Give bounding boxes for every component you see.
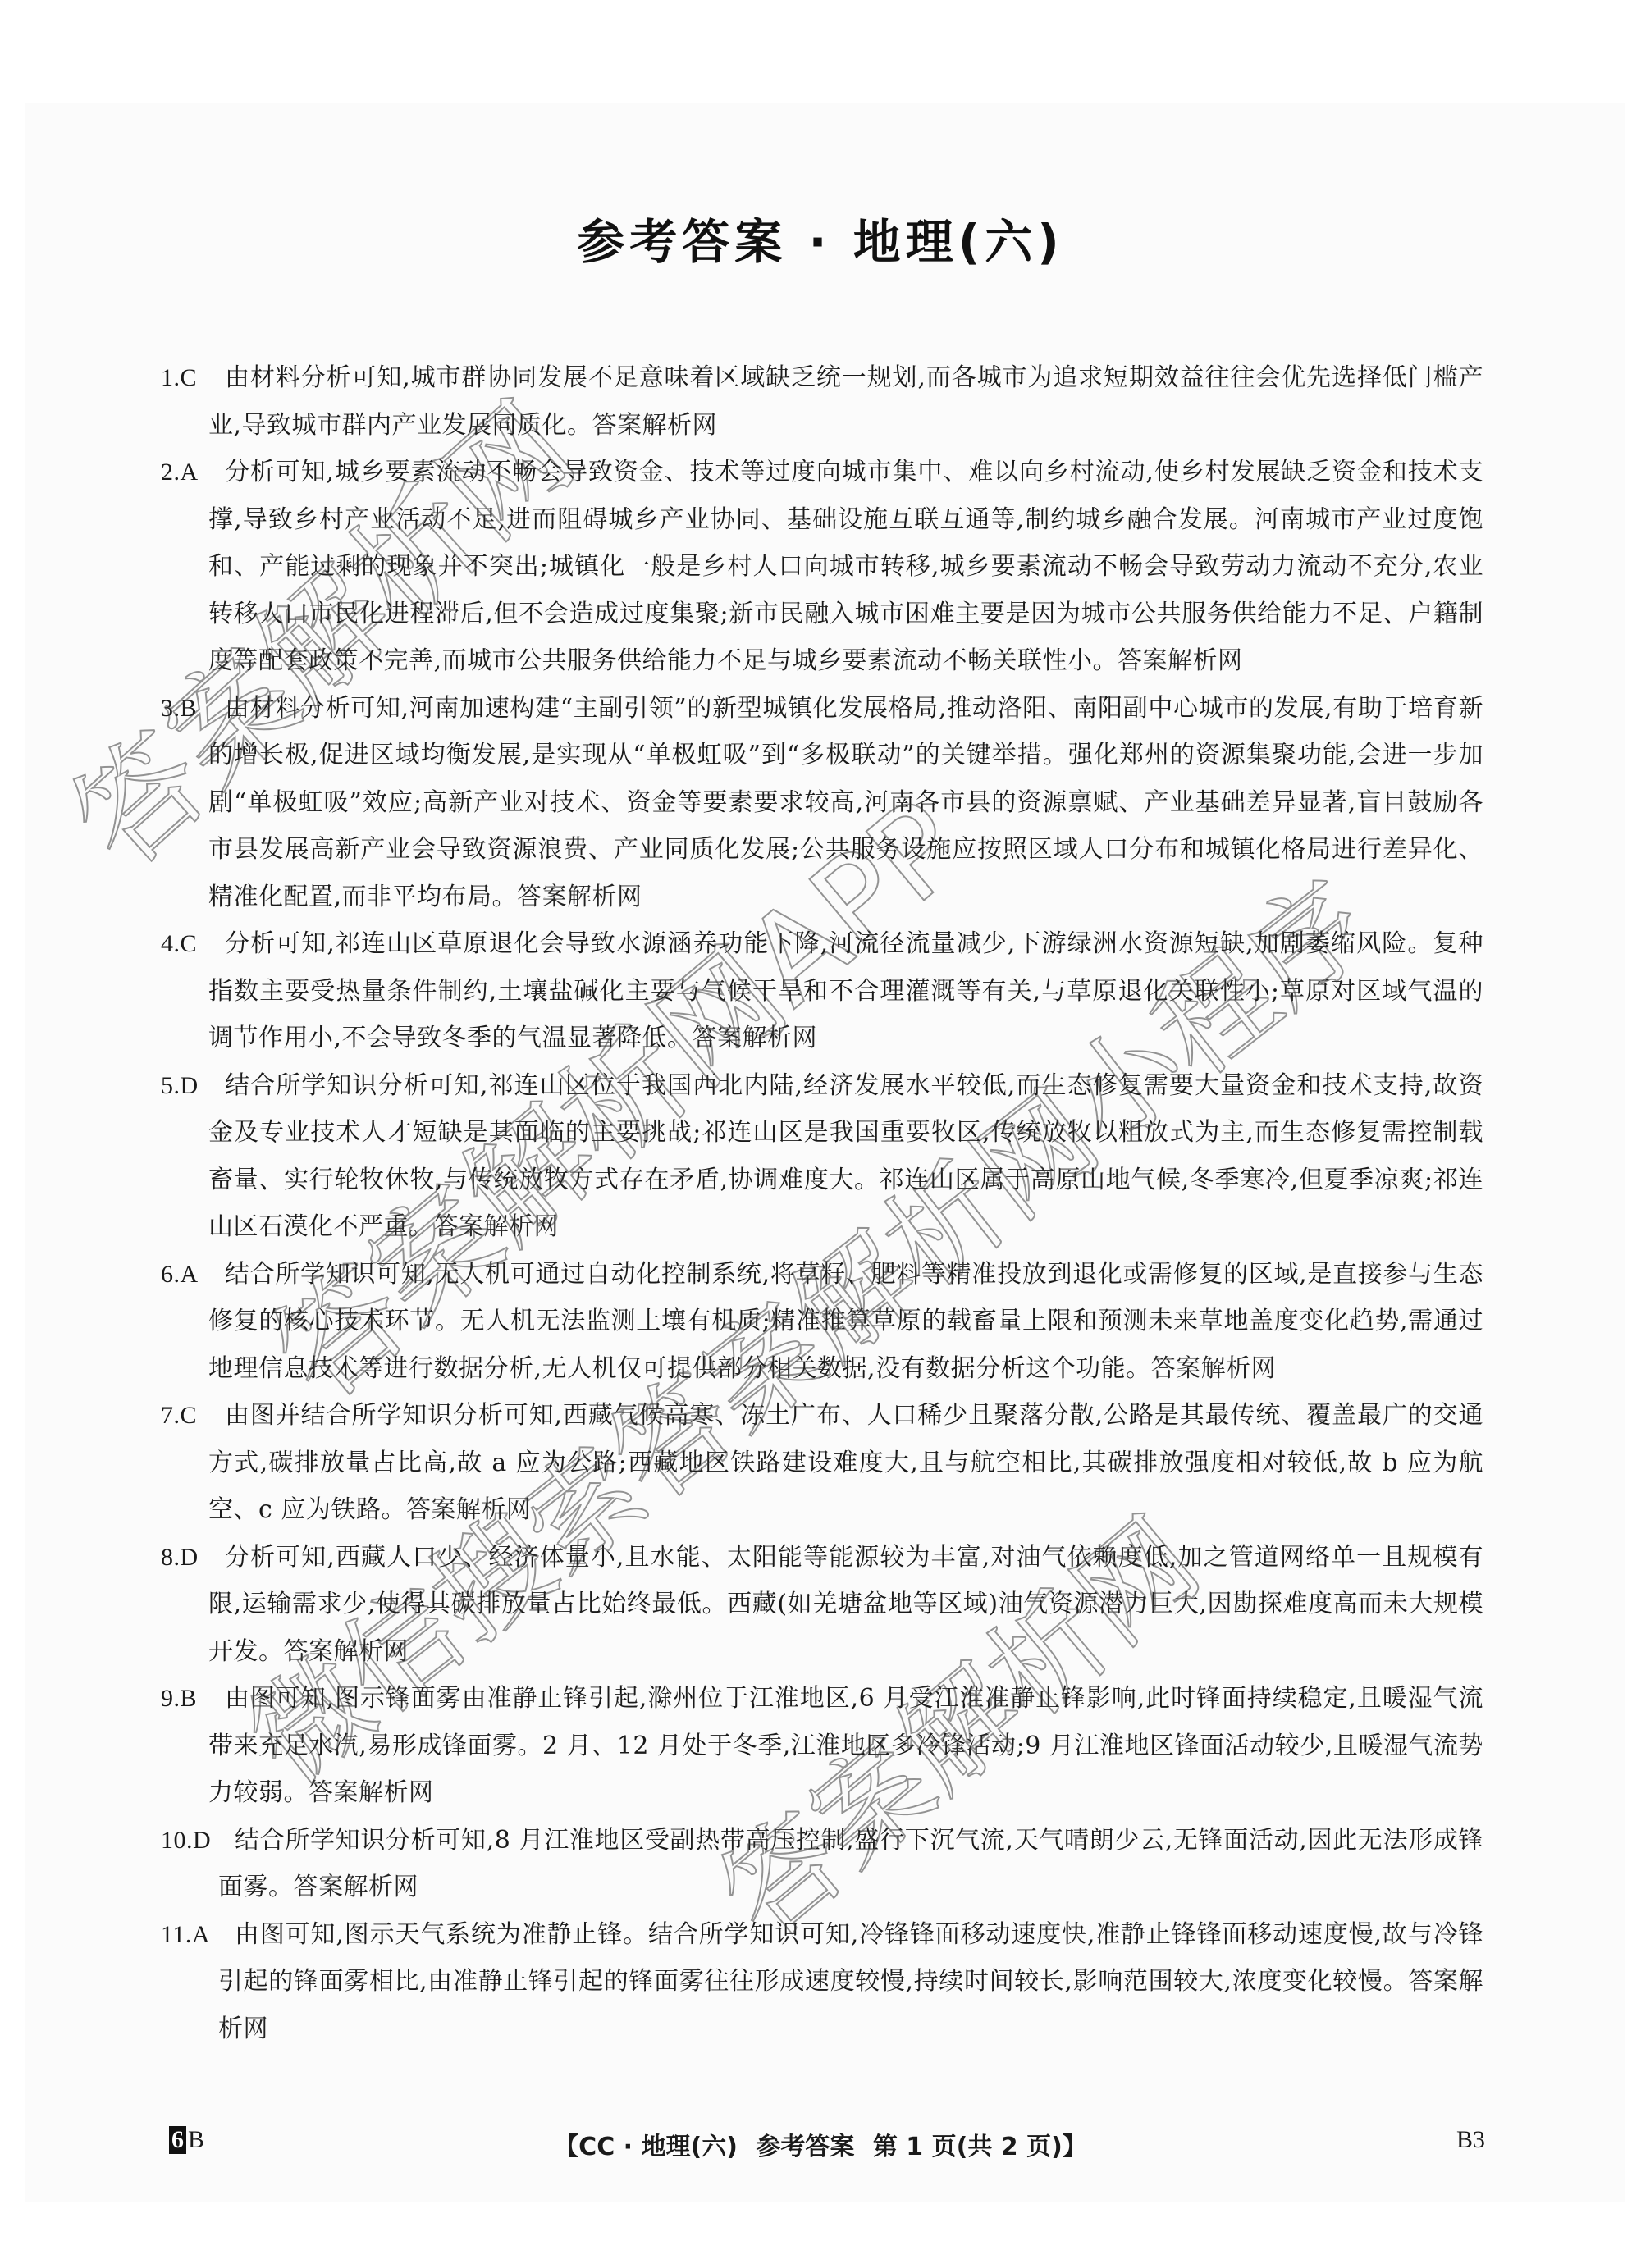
answer-item-6: 6.A 结合所学知识可知,无人机可通过自动化控制系统,将草籽、肥料等精准投放到退… xyxy=(161,1251,1483,1393)
answer-text: 由材料分析可知,河南加速构建“主副引领”的新型城镇化发展格局,推动洛阳、南阳副中… xyxy=(208,694,1483,911)
answer-text: 分析可知,祁连山区草原退化会导致水源涵养功能下降,河流径流量减少,下游绿洲水资源… xyxy=(208,929,1483,1052)
answer-number: 1.C xyxy=(161,354,197,402)
answer-number: 11.A xyxy=(161,1911,210,1959)
answer-number: 8.D xyxy=(161,1534,199,1581)
source-tag: 答案解析网 xyxy=(406,1495,532,1524)
source-tag: 答案解析网 xyxy=(592,411,718,440)
answer-text: 结合所学知识分析可知,祁连山区位于我国西北内陆,经济发展水平较低,而生态修复需要… xyxy=(208,1071,1483,1242)
answer-number: 9.B xyxy=(161,1675,197,1723)
answer-item-11: 11.A 由图可知,图示天气系统为准静止锋。结合所学知识可知,冷锋锋面移动速度快… xyxy=(161,1911,1483,2053)
answer-item-2: 2.A 分析可知,城乡要素流动不畅会导致资金、技术等过度向城市集中、难以向乡村流… xyxy=(161,449,1483,685)
footer-code: B3 xyxy=(1456,2126,1485,2154)
answer-item-5: 5.D 结合所学知识分析可知,祁连山区位于我国西北内陆,经济发展水平较低,而生态… xyxy=(161,1062,1483,1251)
page-title: 参考答案 · 地理(六) xyxy=(0,203,1641,272)
source-tag: 答案解析网 xyxy=(294,1873,419,1901)
answer-item-9: 9.B 由图可知,图示锋面雾由准静止锋引起,滁州位于江淮地区,6 月受江淮准静止… xyxy=(161,1675,1483,1817)
answer-number: 4.C xyxy=(161,920,197,968)
source-tag: 答案解析网 xyxy=(693,1024,818,1052)
footer-doc-type: 参考答案 xyxy=(756,2133,854,2161)
answer-number: 3.B xyxy=(161,685,197,732)
answer-text: 由图可知,图示天气系统为准静止锋。结合所学知识可知,冷锋锋面移动速度快,准静止锋… xyxy=(218,1920,1483,1996)
answer-item-4: 4.C 分析可知,祁连山区草原退化会导致水源涵养功能下降,河流径流量减少,下游绿… xyxy=(161,920,1483,1062)
source-tag: 答案解析网 xyxy=(1151,1354,1277,1383)
answer-number: 2.A xyxy=(161,449,199,496)
source-tag: 答案解析网 xyxy=(1118,646,1243,675)
answer-text: 分析可知,城乡要素流动不畅会导致资金、技术等过度向城市集中、难以向乡村流动,使乡… xyxy=(208,458,1483,675)
answer-number: 7.C xyxy=(161,1392,197,1440)
answer-text: 结合所学知识可知,无人机可通过自动化控制系统,将草籽、肥料等精准投放到退化或需修… xyxy=(208,1260,1483,1383)
answer-item-1: 1.C 由材料分析可知,城市群协同发展不足意味着区域缺乏统一规划,而各城市为追求… xyxy=(161,354,1483,449)
answer-text: 由材料分析可知,城市群协同发展不足意味着区域缺乏统一规划,而各城市为追求短期效益… xyxy=(208,363,1483,440)
answer-number: 10.D xyxy=(161,1817,211,1864)
answer-number: 5.D xyxy=(161,1062,199,1110)
answer-item-7: 7.C 由图并结合所学知识分析可知,西藏气候高寒、冻土广布、人口稀少且聚落分散,… xyxy=(161,1392,1483,1534)
source-tag: 答案解析网 xyxy=(309,1778,434,1807)
answer-list: 1.C 由材料分析可知,城市群协同发展不足意味着区域缺乏统一规划,而各城市为追求… xyxy=(161,354,1483,2052)
answer-text: 由图并结合所学知识分析可知,西藏气候高寒、冻土广布、人口稀少且聚落分散,公路是其… xyxy=(208,1401,1483,1524)
page-footer: 6B 【CC · 地理(六) 参考答案 第 1 页(共 2 页)】 B3 xyxy=(0,2126,1641,2167)
answer-number: 6.A xyxy=(161,1251,199,1298)
source-tag: 答案解析网 xyxy=(434,1212,560,1241)
source-tag: 答案解析网 xyxy=(517,883,642,911)
footer-page-info: 【CC · 地理(六) 参考答案 第 1 页(共 2 页)】 xyxy=(0,2126,1641,2162)
answer-item-10: 10.D 结合所学知识分析可知,8 月江淮地区受副热带高压控制,盛行下沉气流,天… xyxy=(161,1817,1483,1911)
footer-page-number: 第 1 页(共 2 页)】 xyxy=(873,2133,1087,2161)
source-tag: 答案解析网 xyxy=(284,1637,409,1666)
footer-subject: 【CC · 地理(六) xyxy=(554,2133,738,2161)
answer-item-3: 3.B 由材料分析可知,河南加速构建“主副引领”的新型城镇化发展格局,推动洛阳、… xyxy=(161,685,1483,921)
answer-item-8: 8.D 分析可知,西藏人口少、经济体量小,且水能、太阳能等能源较为丰富,对油气依… xyxy=(161,1534,1483,1676)
